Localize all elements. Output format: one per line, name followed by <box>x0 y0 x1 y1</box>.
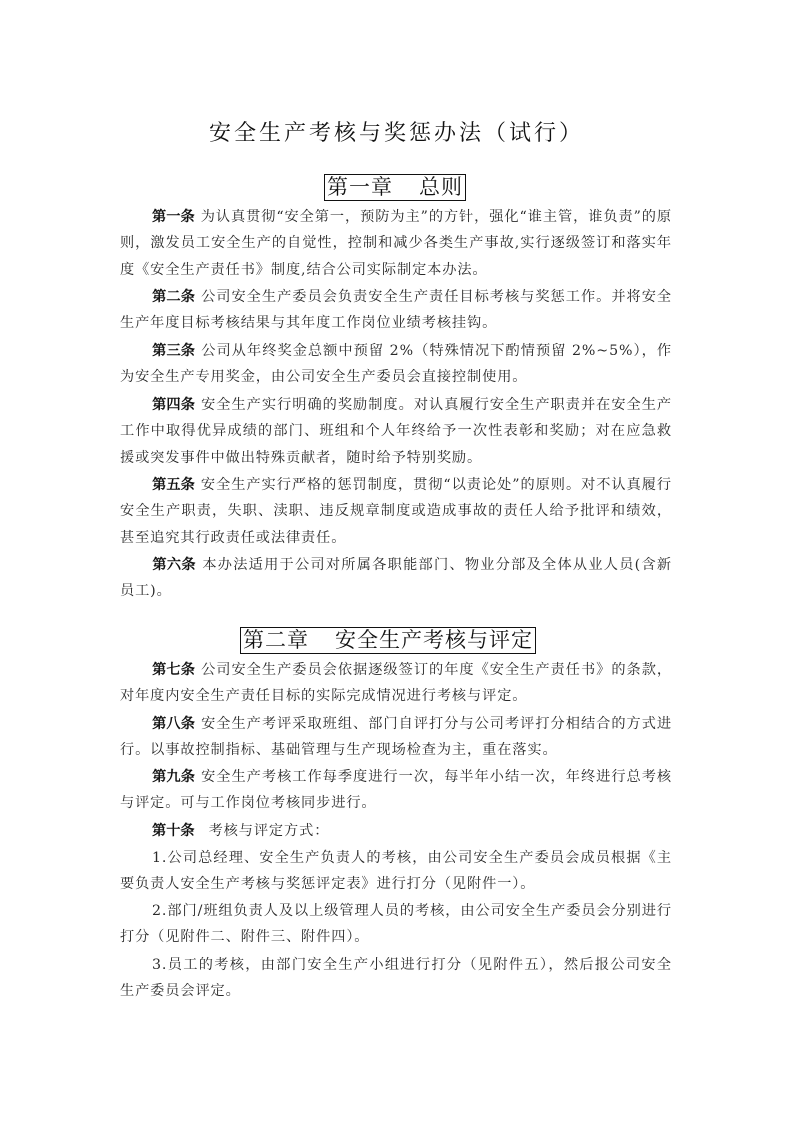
article-label: 第九条 <box>152 769 195 785</box>
article-text: 为认真贯彻“安全第一，预防为主”的方针，强化“谁主管，谁负责”的原则，激发员工安… <box>120 209 672 278</box>
article-label: 第八条 <box>152 716 195 732</box>
list-item-text: 1.公司总经理、安全生产负责人的考核，由公司安全生产委员会成员根据《主要负责人安… <box>120 850 672 892</box>
article: 第二条公司安全生产委员会负责安全生产责任目标考核与奖惩工作。并将安全生产年度目标… <box>120 284 672 337</box>
article: 第四条安全生产实行明确的奖励制度。对认真履行安全生产职责并在安全生产工作中取得优… <box>120 392 672 471</box>
list-item: 1.公司总经理、安全生产负责人的考核，由公司安全生产委员会成员根据《主要负责人安… <box>120 845 672 898</box>
chapter-number: 第二章 <box>243 628 309 652</box>
article: 第一条为认真贯彻“安全第一，预防为主”的方针，强化“谁主管，谁负责”的原则，激发… <box>120 204 672 283</box>
article-text: 公司安全生产委员会依据逐级签订的年度《安全生产责任书》的条款，对年度内安全生产责… <box>120 662 672 704</box>
article: 第八条安全生产考评采取班组、部门自评打分与公司考评打分相结合的方式进行。以事故控… <box>120 711 672 764</box>
article-text: 本办法适用于公司对所属各职能部门、物业分部及全体从业人员(含新员工)。 <box>120 557 672 599</box>
chapter-heading: 第二章安全生产考核与评定 <box>240 627 536 654</box>
article: 第七条公司安全生产委员会依据逐级签订的年度《安全生产责任书》的条款，对年度内安全… <box>120 657 672 710</box>
article-text: 考核与评定方式： <box>209 823 330 839</box>
article-label: 第四条 <box>152 397 195 413</box>
article: 第十条考核与评定方式： <box>120 818 672 844</box>
chapter-heading: 第一章总则 <box>324 174 466 201</box>
article-text: 安全生产考核工作每季度进行一次，每半年小结一次，年终进行总考核与评定。可与工作岗… <box>120 769 672 811</box>
article-text: 安全生产实行严格的惩罚制度，贯彻“以责论处”的原则。对不认真履行安全生产职责，失… <box>120 477 672 546</box>
article-label: 第十条 <box>152 823 195 839</box>
article-label: 第一条 <box>152 209 195 225</box>
article: 第九条安全生产考核工作每季度进行一次，每半年小结一次，年终进行总考核与评定。可与… <box>120 764 672 817</box>
article-text: 安全生产实行明确的奖励制度。对认真履行安全生产职责并在安全生产工作中取得优异成绩… <box>120 397 672 466</box>
document-title: 安全生产考核与奖惩办法（试行） <box>0 118 793 150</box>
list-item: 2.部门/班组负责人及以上级管理人员的考核，由公司安全生产委员会分别进行打分（见… <box>120 898 672 951</box>
article: 第三条公司从年终奖金总额中预留 2%（特殊情况下酌情预留 2%~5%），作为安全… <box>120 338 672 391</box>
article-text: 安全生产考评采取班组、部门自评打分与公司考评打分相结合的方式进行。以事故控制指标… <box>120 716 672 758</box>
chapter-name: 总则 <box>419 175 463 199</box>
article-text: 公司安全生产委员会负责安全生产责任目标考核与奖惩工作。并将安全生产年度目标考核结… <box>120 289 672 331</box>
article-label: 第三条 <box>152 343 195 359</box>
article: 第五条安全生产实行严格的惩罚制度，贯彻“以责论处”的原则。对不认真履行安全生产职… <box>120 472 672 551</box>
article-text: 公司从年终奖金总额中预留 2%（特殊情况下酌情预留 2%~5%），作为安全生产专… <box>120 343 672 385</box>
list-item-text: 2.部门/班组负责人及以上级管理人员的考核，由公司安全生产委员会分别进行打分（见… <box>120 903 672 945</box>
list-item: 3.员工的考核，由部门安全生产小组进行打分（见附件五），然后报公司安全生产委员会… <box>120 952 672 1005</box>
chapter-name: 安全生产考核与评定 <box>335 628 533 652</box>
list-item-text: 3.员工的考核，由部门安全生产小组进行打分（见附件五），然后报公司安全生产委员会… <box>120 957 672 999</box>
article: 第六条本办法适用于公司对所属各职能部门、物业分部及全体从业人员(含新员工)。 <box>120 552 672 605</box>
article-label: 第二条 <box>152 289 195 305</box>
article-label: 第六条 <box>152 557 196 573</box>
article-label: 第七条 <box>152 662 195 678</box>
chapter-number: 第一章 <box>327 175 393 199</box>
article-label: 第五条 <box>152 477 195 493</box>
document-page: 安全生产考核与奖惩办法（试行） 第一章总则 第一条为认真贯彻“安全第一，预防为主… <box>0 0 793 1122</box>
